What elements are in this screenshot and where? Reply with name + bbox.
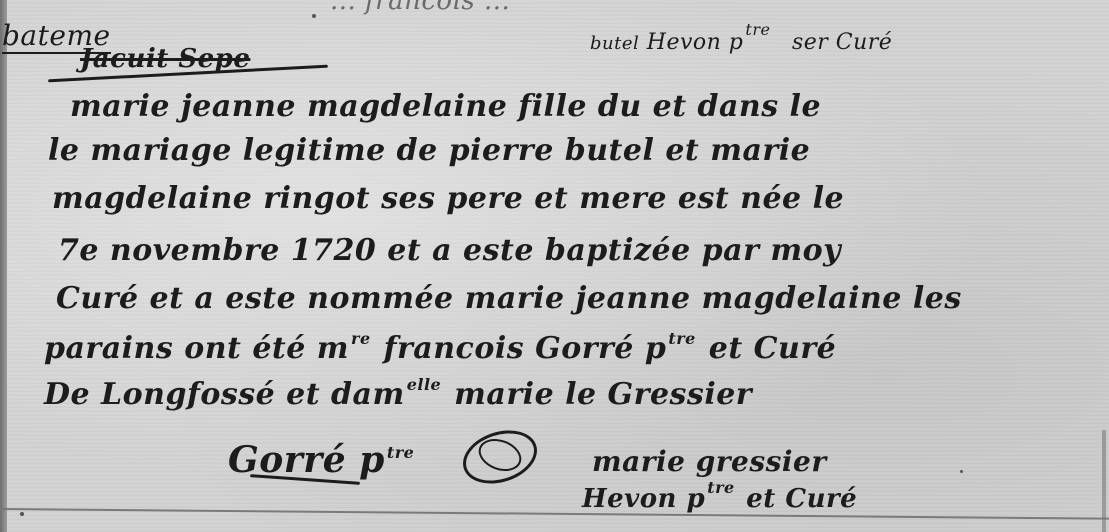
record-line-7: De Longfossé et damelle marie le Gressie… (44, 380, 752, 410)
signature-hevon-name: Hevon p (582, 484, 705, 514)
paper-speck (312, 14, 316, 18)
record-line-2: le mariage legitime de pierre butel et m… (48, 136, 810, 166)
line7-part-a: De Longfossé et dam (44, 377, 405, 412)
signature-gorre-superscript: tre (387, 443, 415, 462)
line7-superscript: elle (407, 375, 442, 394)
header-superscript: tre (745, 20, 770, 39)
signature-hevon-superscript: tre (707, 478, 735, 497)
signature-hevon-suffix: et Curé (746, 484, 857, 514)
bottom-rule-line (0, 508, 1109, 520)
header-prefix: butel (590, 33, 639, 54)
binding-edge (0, 0, 7, 532)
header-signer: Hevon p (647, 30, 744, 55)
header-curate-note: butel Hevon ptre ser Curé (590, 32, 892, 54)
line6-superscript: re (351, 329, 371, 348)
record-line-6: parains ont été mre francois Gorré ptre … (44, 334, 836, 364)
header-suffix: ser Curé (792, 30, 892, 55)
line7-part-b: marie le Gressier (443, 377, 752, 412)
paper-speck (960, 470, 963, 473)
register-page-scan: ... francois ... bateme Jacuit Sepe bute… (0, 0, 1109, 532)
signature-marie-gressier: marie gressier (592, 448, 827, 476)
previous-entry-fragment: ... francois ... (330, 0, 510, 14)
record-line-1: marie jeanne magdelaine fille du et dans… (70, 92, 821, 122)
record-line-3: magdelaine ringot ses pere et mere est n… (52, 184, 844, 214)
record-line-4: 7e novembre 1720 et a este baptizée par … (58, 236, 841, 266)
line6-part-b: francois Gorré p (373, 331, 667, 366)
line6-part-c: et Curé (698, 331, 836, 366)
paper-speck (20, 512, 24, 516)
signature-gorre: Gorré ptre (228, 442, 416, 478)
margin-struck-entry: Jacuit Sepe (80, 46, 250, 72)
record-line-5: Curé et a este nommée marie jeanne magde… (56, 284, 962, 314)
line6-part-a: parains ont été m (44, 331, 349, 366)
line6-superscript-2: tre (668, 329, 696, 348)
signature-hevon: Hevon ptre et Curé (582, 486, 857, 512)
